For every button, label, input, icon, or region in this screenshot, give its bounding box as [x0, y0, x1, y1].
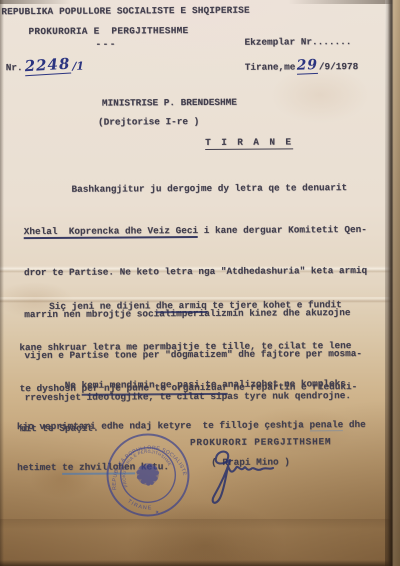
stamp-city-text: TIRANE — [125, 494, 153, 517]
date-prefix: Tirane,me — [245, 61, 296, 72]
recipient-city: T I R A N E — [205, 136, 293, 148]
divider-dashes: --- — [96, 39, 117, 50]
signature-title: PROKURORI PERGJITHSHEM — [190, 436, 331, 448]
svg-text:TIRANE: TIRANE — [125, 494, 153, 517]
ekzemplar-line: Ekzemplar Nr....... — [244, 36, 351, 48]
doc-line-segment: Siç jeni ne dijeni — [49, 300, 156, 312]
signature-scribble — [196, 448, 278, 510]
doc-number-value-handwritten: 2248 — [24, 55, 71, 77]
doc-line: kjo veprimtari edhe ndaj ketyre te fillo… — [17, 416, 366, 437]
doc-number: Nr.2248/1 — [6, 56, 84, 75]
doc-line-segment: dhe — [343, 419, 366, 430]
scanned-document-photo: REPUBLIKA POPULLORE SOCIALISTE E SHQIPER… — [0, 0, 400, 566]
date-day-handwritten: 29 — [296, 57, 318, 75]
stamp-star-icon: ★ — [155, 508, 161, 516]
doc-line-segment: te tjere kohet e fundit — [207, 299, 342, 311]
recipient-city-underlined: T I R A N E — [205, 136, 293, 150]
date-line: Tirane,me29/9/1978 — [245, 57, 359, 75]
org-name-line-1: REPUBLIKA POPULLORE SOCIALISTE E SHQIPER… — [1, 5, 249, 18]
doc-line: Xhelal Koprencka dhe Veiz Geci i kane de… — [24, 220, 367, 242]
photo-edge-right-shade — [385, 0, 400, 566]
photo-edge-top — [0, 0, 400, 4]
underlined-word-faint: penale — [309, 419, 343, 431]
stamp-eagle-emblem-icon: ★ — [134, 459, 162, 488]
underlined-phrase: dhe armiq — [156, 300, 207, 313]
doc-line-segment: hetimet — [17, 461, 62, 472]
org-name-line-2: PROKURORIA E PERGJITHESHME — [28, 25, 188, 37]
recipient-directorate: (Drejtorise I-re ) — [98, 116, 199, 128]
doc-line-segment: i kane derguar Komitetit Qen- — [198, 224, 367, 236]
doc-line: Bashkangjitur ju dergojme dy letra qe te… — [71, 178, 366, 199]
underlined-names: Xhelal Koprencka dhe Veiz Geci — [24, 225, 198, 239]
doc-line: Siç jeni ne dijeni dhe armiq te tjere ko… — [49, 296, 357, 317]
date-suffix: /9/1978 — [319, 61, 358, 72]
recipient-ministry: MINISTRISE P. BRENDESHME — [102, 97, 237, 109]
photo-edge-left — [0, 0, 4, 566]
photo-edge-bottom — [0, 560, 400, 566]
doc-number-suffix-handwritten: /1 — [72, 60, 84, 73]
doc-line: Ne kemi mendimin qe pasi te analizohet n… — [65, 375, 366, 396]
doc-number-label: Nr. — [6, 62, 23, 73]
